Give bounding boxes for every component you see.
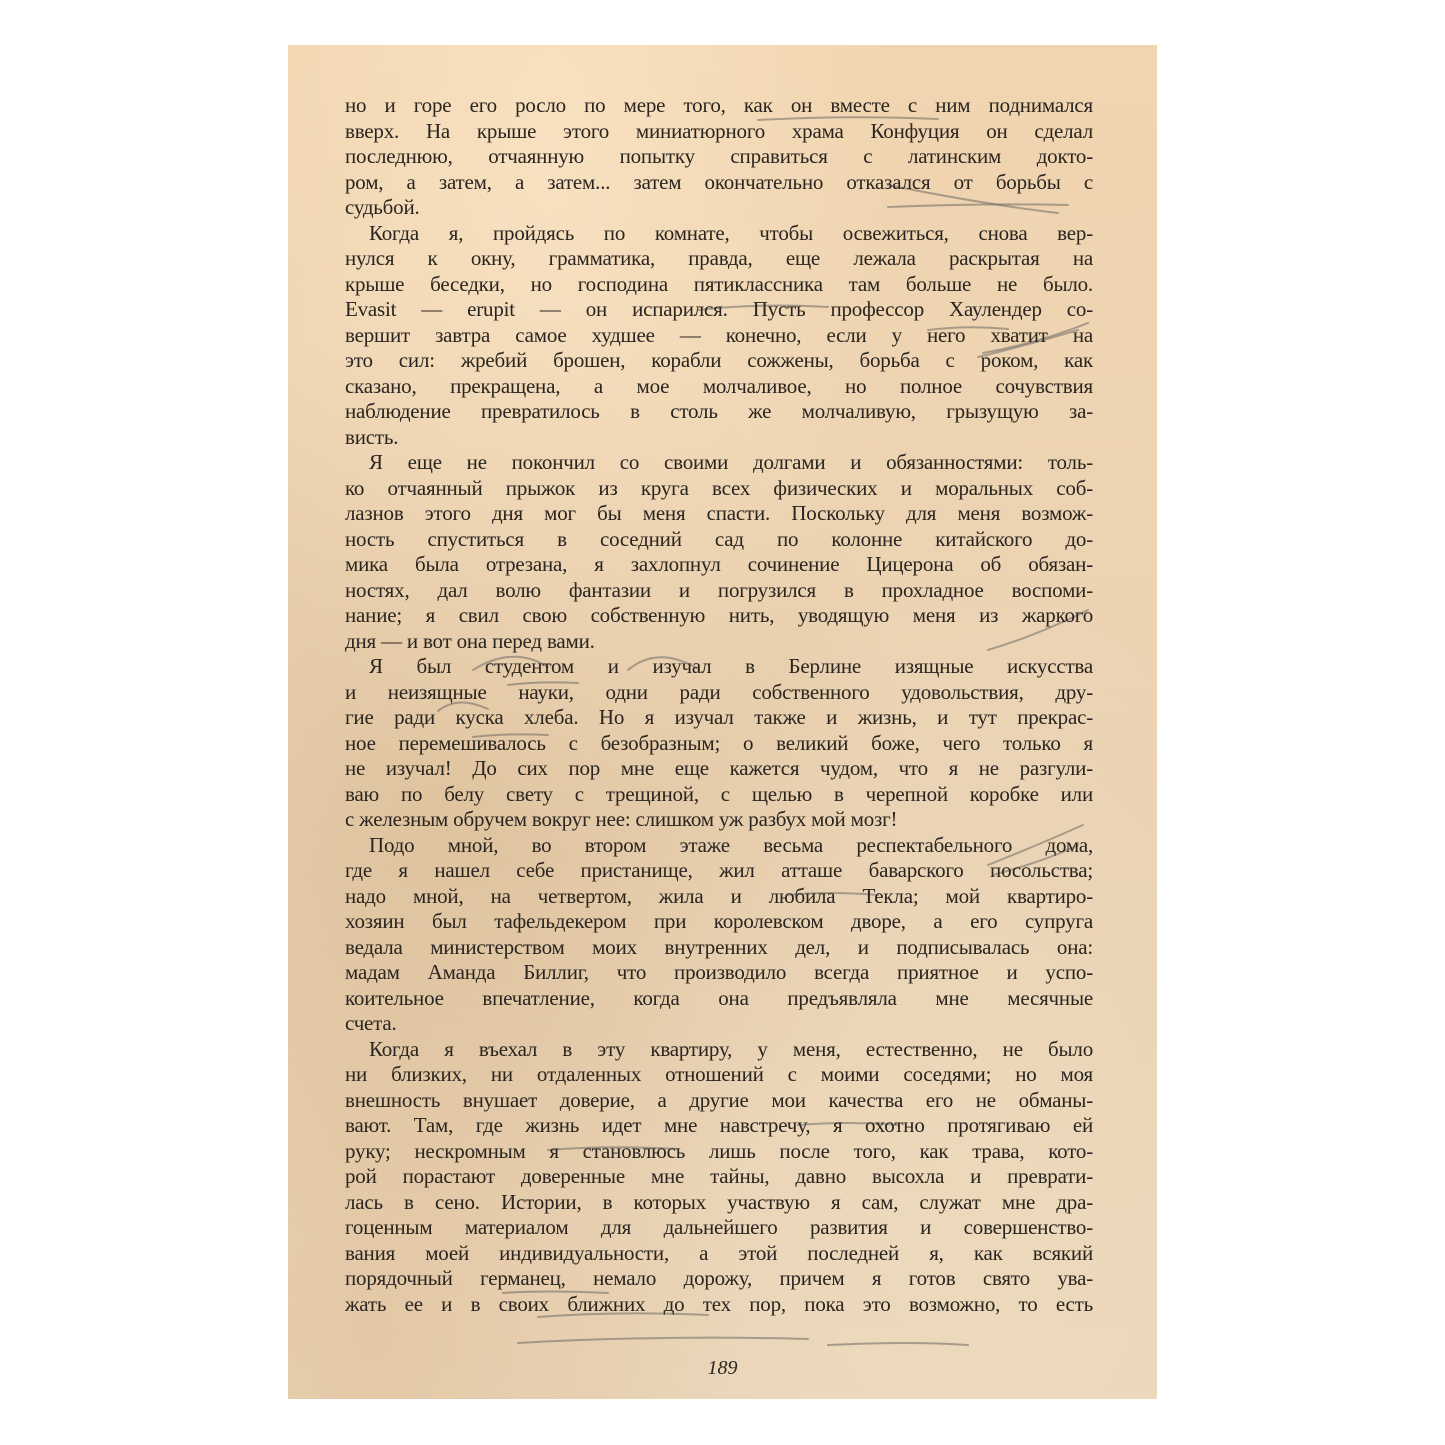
text-line: коительное впечатление, когда она предъя… [345,986,1093,1012]
text-line: дня — и вот она перед вами. [345,629,1093,655]
text-line: и неизящные науки, одни ради собственног… [345,680,1093,706]
text-line: хозяин был тафельдекером при королевском… [345,909,1093,935]
text-line: висть. [345,425,1093,451]
text-line: гоценным материалом для дальнейшего разв… [345,1215,1093,1241]
text-line: сказано, прекращена, а мое молчаливое, н… [345,374,1093,400]
text-line: ваю по белу свету с трещиной, с щелью в … [345,782,1093,808]
text-line: жать ее и в своих ближних до тех пор, по… [345,1292,1093,1318]
book-page: но и горе его росло по мере того, как он… [288,45,1157,1399]
page-number: 189 [288,1357,1157,1380]
text-line: счета. [345,1011,1093,1037]
text-line: вания моей индивидуальности, а этой посл… [345,1241,1093,1267]
body-text: но и горе его росло по мере того, как он… [345,93,1093,1317]
text-line: ведала министерством моих внутренних дел… [345,935,1093,961]
text-line: Я был студентом и изучал в Берлине изящн… [345,654,1093,680]
text-line: наблюдение превратилось в столь же молча… [345,399,1093,425]
text-line: нулся к окну, грамматика, правда, еще ле… [345,246,1093,272]
text-line: крыше беседки, но господина пятиклассник… [345,272,1093,298]
text-line: рой порастают доверенные мне тайны, давн… [345,1164,1093,1190]
text-line: не изучал! До сих пор мне еще кажется чу… [345,756,1093,782]
text-line: вают. Там, где жизнь идет мне навстречу,… [345,1113,1093,1139]
text-line: вверх. На крыше этого миниатюрного храма… [345,119,1093,145]
text-line: лась в сено. Истории, в которых участвую… [345,1190,1093,1216]
text-line: лазнов этого дня мог бы меня спасти. Пос… [345,501,1093,527]
text-line: надо мной, на четвертом, жила и любила Т… [345,884,1093,910]
text-line: мика была отрезана, я захлопнул сочинени… [345,552,1093,578]
text-line: последнюю, отчаянную попытку справиться … [345,144,1093,170]
text-line: руку; нескромным я становлюсь лишь после… [345,1139,1093,1165]
text-line: порядочный германец, немало дорожу, прич… [345,1266,1093,1292]
text-line: внешность внушает доверие, а другие мои … [345,1088,1093,1114]
text-line: это сил: жребий брошен, корабли сожжены,… [345,348,1093,374]
text-line: ное перемешивалось с безобразным; о вели… [345,731,1093,757]
text-line: судьбой. [345,195,1093,221]
text-line: Подо мной, во втором этаже весьма респек… [345,833,1093,859]
text-line: ность спуститься в соседний сад по колон… [345,527,1093,553]
text-line: но и горе его росло по мере того, как он… [345,93,1093,119]
text-line: нание; я свил свою собственную нить, уво… [345,603,1093,629]
text-line: где я нашел себе пристанище, жил атташе … [345,858,1093,884]
text-line: ко отчаянный прыжок из круга всех физиче… [345,476,1093,502]
text-line: мадам Аманда Биллиг, что производило все… [345,960,1093,986]
text-line: Я еще не покончил со своими долгами и об… [345,450,1093,476]
text-line: Evasit — erupit — он испарился. Пусть пр… [345,297,1093,323]
text-line: вершит завтра самое худшее — конечно, ес… [345,323,1093,349]
text-line: ни близких, ни отдаленных отношений с мо… [345,1062,1093,1088]
text-line: ром, а затем, а затем... затем окончател… [345,170,1093,196]
text-line: Когда я въехал в эту квартиру, у меня, е… [345,1037,1093,1063]
text-line: ностях, дал волю фантазии и погрузился в… [345,578,1093,604]
text-line: Когда я, пройдясь по комнате, чтобы осве… [345,221,1093,247]
text-line: с железным обручем вокруг нее: слишком у… [345,807,1093,833]
text-line: гие ради куска хлеба. Но я изучал также … [345,705,1093,731]
